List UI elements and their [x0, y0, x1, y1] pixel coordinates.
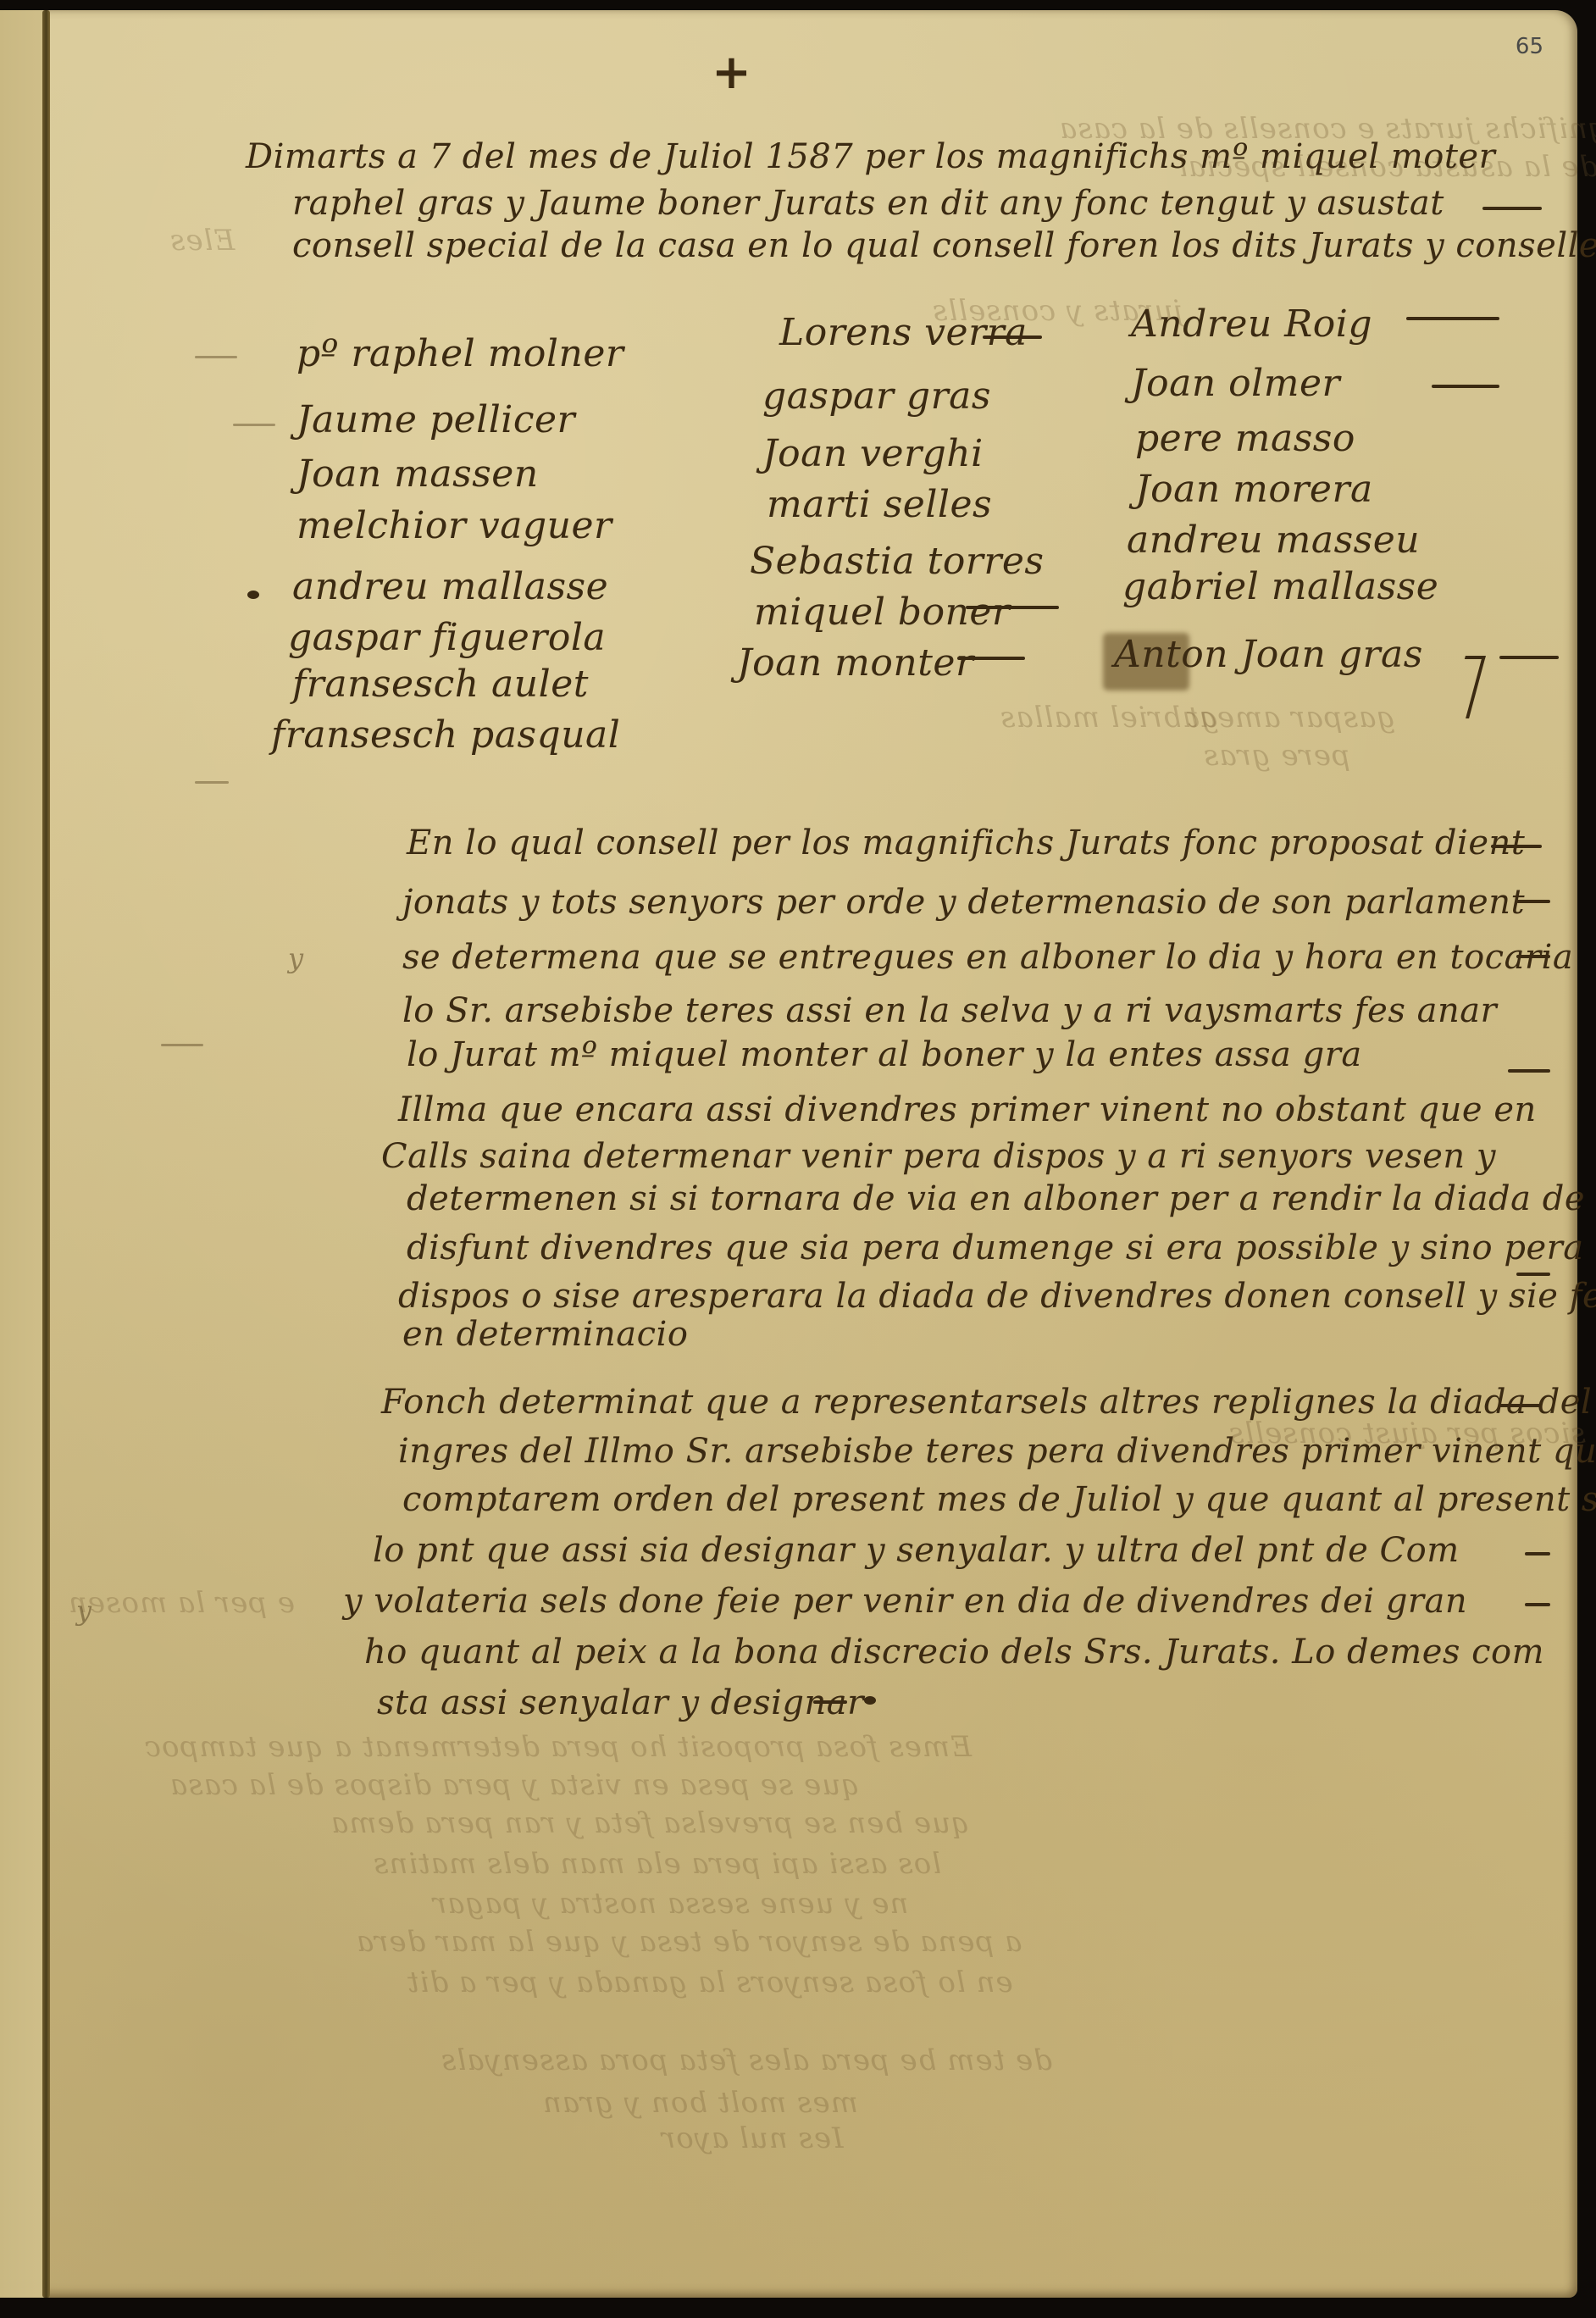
- line-filler-dash: [1432, 385, 1499, 388]
- heading-line: raphel gras y Jaume boner Jurats en dit …: [292, 184, 1444, 223]
- paragraph-1-line: jonats y tots senyors per orde y determe…: [402, 883, 1525, 922]
- attendee-name: miquel boner: [754, 591, 1010, 634]
- paragraph-2-line: Fonch determinat que a representarsels a…: [381, 1383, 1596, 1422]
- attendee-name: gaspar gras: [762, 374, 991, 418]
- attendee-name: Anton Joan gras: [1114, 633, 1423, 676]
- attendee-name: andreu masseu: [1127, 518, 1420, 562]
- bleed-through-line: pere gras: [1203, 739, 1350, 773]
- paragraph-2-line: comptarem orden del present mes de Julio…: [402, 1480, 1596, 1519]
- heading-line: consell special de la casa en lo qual co…: [292, 226, 1596, 265]
- attendee-name: Lorens verra: [779, 311, 1028, 354]
- paragraph-2-line: sta assi senyalar y designar: [377, 1683, 864, 1722]
- paragraph-1-line: se determena que se entregues en alboner…: [402, 938, 1573, 977]
- attendee-name: marti selles: [767, 483, 992, 526]
- line-filler-dash: [1525, 1603, 1550, 1606]
- paragraph-1-line: En lo qual consell per los magnifichs Ju…: [407, 823, 1525, 862]
- closing-bracket: [1449, 656, 1486, 718]
- line-filler-dash: [1499, 656, 1559, 659]
- attendee-name: Joan verghi: [762, 432, 984, 475]
- attendee-name: Joan monter: [737, 641, 974, 685]
- attendee-name: pº raphel molner: [296, 332, 623, 375]
- bleed-through-line: mes molt bon y gran: [542, 2086, 858, 2120]
- attendee-name: Andreu Roig: [1131, 302, 1372, 346]
- line-filler-dash: [983, 335, 1042, 339]
- bleed-through-line: en lo fosa senyors la ganada y per a dit: [407, 1966, 1013, 1999]
- bleed-through-line: a pena de senyor de tesa y que la mar de…: [356, 1925, 1022, 1959]
- margin-note: y: [76, 1594, 91, 1627]
- bleed-through-line: e per la mosen: [68, 1586, 295, 1620]
- bleed-through-line: de tem be pera ales feta pora assenyals: [441, 2043, 1052, 2077]
- bleed-through-line: que se pesa en vista y pera dispos de la…: [169, 1768, 860, 1802]
- folio-number: 65: [1516, 34, 1543, 59]
- attendee-name: fransesch pasqual: [271, 713, 620, 757]
- line-filler-dash: [1508, 1069, 1550, 1073]
- line-filler-dash: [813, 1700, 847, 1704]
- paragraph-1-line: dispos o sise aresperara la diada de div…: [398, 1277, 1596, 1316]
- line-filler-dash: [1499, 1404, 1542, 1407]
- margin-dash: [195, 781, 229, 784]
- paragraph-1-line: en determinacio: [402, 1315, 688, 1354]
- bleed-through-line: Ies nul ayor: [661, 2121, 844, 2155]
- binding-gutter: [42, 10, 50, 2298]
- attendee-name: pere masso: [1135, 417, 1355, 460]
- paragraph-1-line: Calls saina determenar venir pera dispos…: [381, 1137, 1496, 1176]
- line-filler-dash: [966, 606, 1059, 609]
- paragraph-2-line: lo pnt que assi sia designar y senyalar.…: [373, 1531, 1460, 1570]
- paragraph-2-line: ho quant al peix a la bona discrecio del…: [364, 1633, 1544, 1672]
- line-filler-dash: [1406, 317, 1499, 320]
- heading-line: Dimarts a 7 del mes de Juliol 1587 per l…: [246, 137, 1495, 176]
- attendee-name: melchior vaguer: [296, 504, 612, 547]
- bleed-through-line: Emes fosa proposit ho pera determenat a …: [144, 1730, 972, 1764]
- paragraph-1-line: Illma que encara assi divendres primer v…: [398, 1090, 1537, 1129]
- attendee-name: gaspar figuerola: [288, 616, 606, 659]
- line-filler-dash: [1516, 900, 1550, 903]
- scan-frame: agnifichs jurats e consells de la casa d…: [0, 0, 1596, 2318]
- line-filler-dash: [1516, 1273, 1550, 1276]
- bleed-through-line: ne y uene sessa nostra y pagar: [432, 1887, 908, 1921]
- cross-symbol: +: [712, 44, 751, 100]
- attendee-name: Jaume pellicer: [296, 398, 575, 441]
- manuscript-page: agnifichs jurats e consells de la casa d…: [0, 10, 1577, 2298]
- attendee-name: Joan morera: [1135, 468, 1373, 511]
- bleed-through-line: que ben se prevelsa feta y ran pera dema: [330, 1806, 970, 1840]
- attendee-name: Joan olmer: [1131, 362, 1340, 405]
- attendee-name: Sebastia torres: [750, 540, 1045, 583]
- bleed-through-line: los assi api pera ela man dels matins: [373, 1847, 941, 1881]
- paragraph-1-line: lo Sr. arsebisbe teres assi en la selva …: [402, 991, 1497, 1030]
- paragraph-2-line: ingres del Illmo Sr. arsebisbe teres per…: [398, 1432, 1596, 1471]
- bleed-through-line: gaspar ameat: [1186, 701, 1395, 735]
- margin-dash: [161, 1044, 203, 1046]
- attendee-name: Joan massen: [296, 452, 539, 496]
- paragraph-1-line: lo Jurat mº miquel monter al boner y la …: [407, 1035, 1362, 1074]
- margin-note: y: [288, 942, 303, 974]
- bleed-through-line: Eles: [169, 224, 235, 258]
- margin-dash: [195, 356, 237, 358]
- line-filler-dash: [1525, 1552, 1550, 1555]
- attendee-name: gabriel mallasse: [1122, 565, 1438, 608]
- line-filler-dash: [1516, 955, 1550, 958]
- line-filler-dash: [1482, 207, 1542, 210]
- paragraph-2-line: y volateria sels done feie per venir en …: [343, 1582, 1467, 1621]
- attendee-name: fransesch aulet: [292, 663, 589, 706]
- margin-dot-mark: [247, 591, 259, 599]
- line-filler-dash: [1491, 845, 1542, 848]
- paragraph-1-line: determenen si si tornara de via en albon…: [407, 1179, 1585, 1218]
- attendee-name: andreu mallasse: [292, 565, 608, 608]
- line-filler-dash: [957, 657, 1025, 660]
- facing-page-edge: [0, 10, 44, 2298]
- end-mark: [864, 1696, 876, 1705]
- paragraph-1-line: disfunt divendres que sia pera dumenge s…: [407, 1228, 1584, 1267]
- margin-dash: [233, 424, 275, 426]
